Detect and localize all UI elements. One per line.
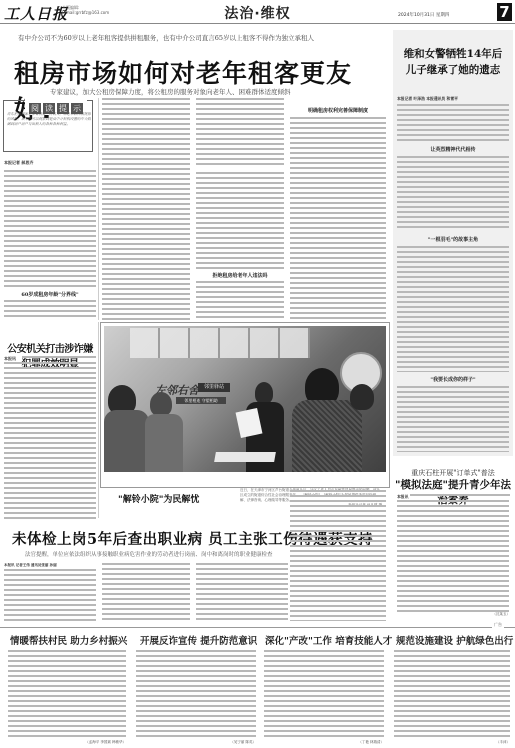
ad-body-2 [136, 650, 256, 738]
photo-awning [130, 328, 310, 358]
ad-divider [0, 627, 515, 628]
side-body-2 [397, 156, 509, 228]
page-number: 7 [497, 3, 512, 21]
side-subsection-3: "我要长成你的样子" [393, 376, 513, 383]
lead-subsection-1: 60岁成租房年龄"分界线" [4, 291, 96, 298]
ad-body-4 [394, 650, 510, 738]
second-story-body [4, 362, 96, 520]
photo-person-head [350, 384, 374, 410]
photo-speaker-head [255, 382, 273, 404]
ad-credit-1: （孟海平 李国斌 韩敏华） [60, 740, 126, 745]
lead-body-col3b [196, 172, 284, 270]
lead-body-col2 [102, 98, 190, 320]
side-body-3 [397, 246, 509, 372]
feature-body-col3 [196, 563, 288, 621]
issue-date: 2024年10月31日 星期四 [398, 12, 449, 18]
ad-title-4: 规范设施建设 护航绿色出行 [396, 633, 513, 647]
side-subsection-2: "一根羽毛"的故事主角 [393, 236, 513, 243]
feature-body-col2 [102, 563, 190, 621]
photo-sign-bar: 邻里相连 守望相助 [176, 397, 226, 404]
ad-credit-2: （吴宁丽 陈英） [196, 740, 256, 745]
feature-subhead: 法官提醒，单位应依法组织从事接触职业病危害作业的劳动者进行岗前、岗中和离岗时的职… [25, 550, 273, 558]
photo-person-body [104, 410, 149, 472]
reading-tip-text: 房东把租到家老年婴孩就一份收入，加老年群体被挑拣的风险，从本证可以观察到是从中介… [7, 112, 91, 148]
ad-title-1: 情暖帮扶村民 助力乡村振兴 [10, 633, 127, 647]
lead-subhead: 专家建议，加大公租房保障力度，将公租房的服务对象向老年人、困难群体适度倾斜 [50, 87, 291, 96]
lead-subsection-3: 明确租房权利完善保障制度 [290, 107, 386, 114]
lead-subsection-2: 拒绝租房给老年人违法吗 [196, 272, 284, 279]
side-headline: 维和女警牺牲14年后 儿子继承了她的遗志 [393, 46, 513, 78]
side2-lead [410, 494, 510, 499]
photo-person-head [150, 392, 172, 416]
feature-byline: 本报讯 记者王伟 通讯员张丽 孙丽 [4, 563, 96, 568]
ad-credit-3: （丁艳 林瑞清） [324, 740, 384, 745]
ad-body-1 [8, 650, 126, 738]
ad-credit-4: （丰沛） [470, 740, 510, 745]
lead-body-col3 [196, 98, 284, 168]
feature-body-col4 [290, 490, 386, 621]
lead-body-col1b [4, 300, 96, 320]
lead-body-col1 [4, 170, 96, 288]
ad-body-3 [264, 650, 384, 738]
lead-kicker: 有中介公司不为60岁以上老年租客提供拼租服务，也有中介公司直言65岁以上租客不得… [18, 33, 314, 42]
second-story-lead [22, 356, 96, 361]
feature-body-col1 [4, 569, 96, 621]
column-divider [98, 98, 99, 320]
photo-sign-badge: 邻里驿站 [198, 383, 230, 392]
lead-body-col3c [196, 281, 284, 319]
lead-body-col4 [290, 117, 386, 319]
photo-table [214, 452, 276, 462]
side-body-1 [397, 104, 509, 142]
ad-title-2: 开展反诈宣传 提升防范意识 [140, 633, 257, 647]
side-byline: 本报记者 叶泽浩 本报通讯员 和雪平 [397, 96, 458, 102]
photo-person-body [292, 400, 362, 472]
side2-body [397, 500, 509, 612]
photo-caption-title: "解铃小院"为民解忧 [118, 492, 199, 505]
photo-person-body [145, 414, 183, 472]
ad-title-3: 深化"产改"工作 培育技能人才 [265, 633, 392, 647]
side2-credit: （沈某玉） [470, 612, 510, 617]
side-body-4 [397, 386, 509, 452]
side-subsection-1: 让英烈精神代代相传 [393, 146, 513, 153]
ad-label: 广告 [492, 622, 504, 628]
lead-byline: 本报记者 郝思齐 [4, 160, 33, 166]
column-divider [98, 322, 99, 518]
